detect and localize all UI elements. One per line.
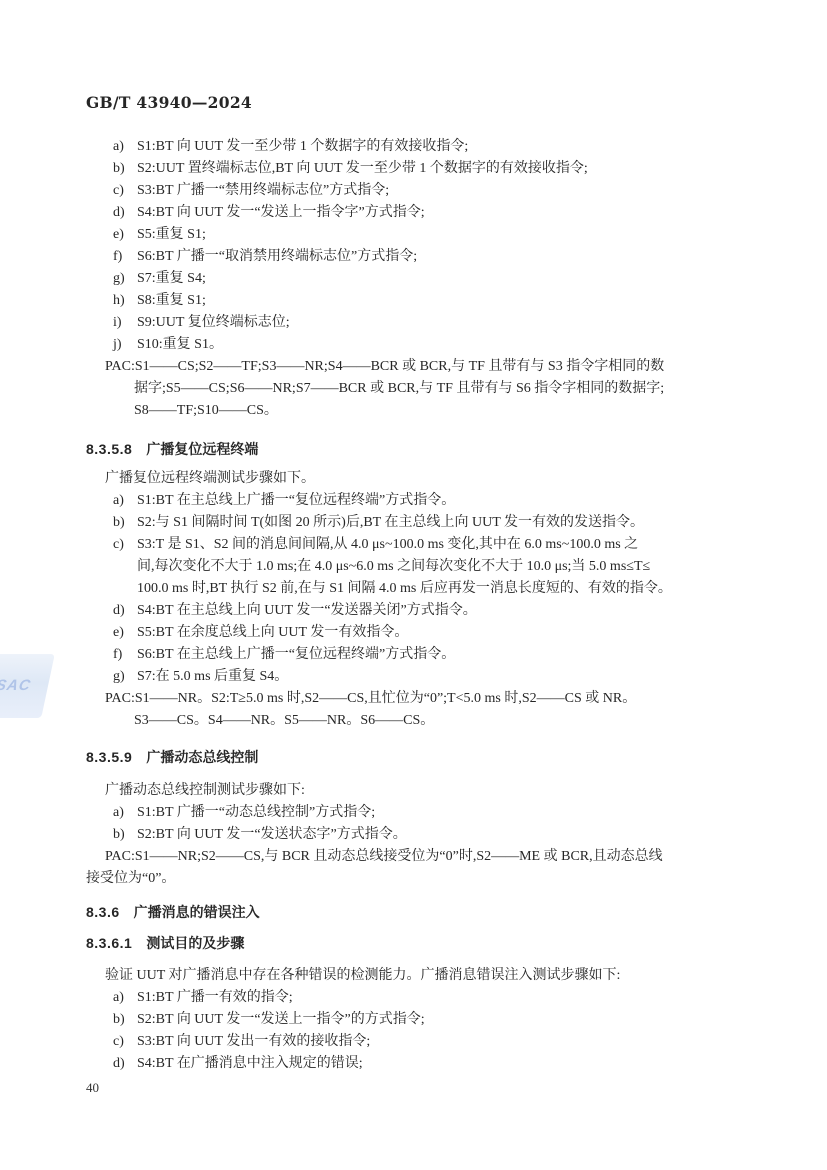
list-item: b) S2:与 S1 间隔时间 T(如图 20 所示)后,BT 在主总线上向 U… (86, 512, 756, 534)
section-intro: 验证 UUT 对广播消息中存在各种错误的检测能力。广播消息错误注入测试步骤如下: (105, 965, 756, 987)
list-item: b) S2:BT 向 UUT 发一“发送状态字”方式指令。 (86, 824, 756, 846)
list-item: d) S4:BT 在主总线上向 UUT 发一“发送器关闭”方式指令。 (86, 600, 756, 622)
pac-result-2: PAC:S1——NR。S2:T≥5.0 ms 时,S2——CS,且忙位为“0”;… (86, 688, 756, 732)
section-intro: 广播动态总线控制测试步骤如下: (105, 780, 756, 802)
item-text: 间,每次变化不大于 1.0 ms;在 4.0 μs~6.0 ms 之间每次变化不… (137, 556, 650, 578)
list-item: f) S6:BT 在主总线上广播一“复位远程终端”方式指令。 (86, 644, 756, 666)
item-text: S2:与 S1 间隔时间 T(如图 20 所示)后,BT 在主总线上向 UUT … (137, 512, 644, 534)
item-letter: i) (113, 312, 137, 334)
sac-logo-shape (0, 654, 55, 718)
item-letter: a) (113, 802, 137, 824)
list-item: b) S2:UUT 置终端标志位,BT 向 UUT 发一至少带 1 个数据字的有… (86, 158, 756, 180)
section-number: 8.3.5.9 (86, 749, 132, 765)
item-text: S1:BT 广播一有效的指令; (137, 987, 293, 1009)
item-text: S4:BT 在主总线上向 UUT 发一“发送器关闭”方式指令。 (137, 600, 477, 622)
item-letter: g) (113, 666, 137, 688)
item-text: S3:T 是 S1、S2 间的消息间间隔,从 4.0 μs~100.0 ms 变… (137, 534, 638, 556)
section-heading-8361: 8.3.6.1测试目的及步骤 (86, 932, 756, 954)
list-item: c) S3:BT 广播一“禁用终端标志位”方式指令; (86, 180, 756, 202)
item-letter: b) (113, 824, 137, 846)
item-text: 100.0 ms 时,BT 执行 S2 前,在与 S1 间隔 4.0 ms 后应… (137, 578, 672, 600)
standard-document-page: SAC GB/T 43940—2024 a) S1:BT 向 UUT 发一至少带… (0, 0, 827, 1170)
item-text: S7:在 5.0 ms 后重复 S4。 (137, 666, 288, 688)
sac-logo-text: SAC (0, 677, 33, 694)
list-item: f) S6:BT 广播一“取消禁用终端标志位”方式指令; (86, 246, 756, 268)
sac-watermark: SAC (0, 654, 55, 718)
item-letter: f) (113, 644, 137, 666)
list-item: i) S9:UUT 复位终端标志位; (86, 312, 756, 334)
item-letter: b) (113, 1009, 137, 1031)
step-list-error-injection: a) S1:BT 广播一有效的指令; b) S2:BT 向 UUT 发一“发送上… (86, 987, 756, 1075)
pac-line: 接受位为“0”。 (86, 868, 756, 890)
list-item: a) S1:BT 广播一有效的指令; (86, 987, 756, 1009)
item-letter: a) (113, 136, 137, 158)
list-item: g) S7:在 5.0 ms 后重复 S4。 (86, 666, 756, 688)
section-title: 广播动态总线控制 (146, 749, 258, 765)
item-text: S4:BT 向 UUT 发一“发送上一指令字”方式指令; (137, 202, 425, 224)
section-intro: 广播复位远程终端测试步骤如下。 (105, 468, 756, 490)
item-letter: d) (113, 1053, 137, 1075)
list-item: a) S1:BT 在主总线上广播一“复位远程终端”方式指令。 (86, 490, 756, 512)
section-number: 8.3.6.1 (86, 935, 132, 951)
list-item: d) S4:BT 在广播消息中注入规定的错误; (86, 1053, 756, 1075)
item-text: S3:BT 广播一“禁用终端标志位”方式指令; (137, 180, 389, 202)
list-item: a) S1:BT 广播一“动态总线控制”方式指令; (86, 802, 756, 824)
section-title: 广播消息的错误注入 (134, 904, 260, 920)
pac-line: PAC:S1——NR;S2——CS,与 BCR 且动态总线接受位为“0”时,S2… (105, 846, 756, 868)
pac-result-1: PAC:S1——CS;S2——TF;S3——NR;S4——BCR 或 BCR,与… (86, 356, 756, 422)
pac-line: PAC:S1——CS;S2——TF;S3——NR;S4——BCR 或 BCR,与… (105, 356, 756, 378)
item-text: S2:BT 向 UUT 发一“发送上一指令”的方式指令; (137, 1009, 425, 1031)
step-list-dynamic-bus-control: a) S1:BT 广播一“动态总线控制”方式指令; b) S2:BT 向 UUT… (86, 802, 756, 846)
item-text: S1:BT 在主总线上广播一“复位远程终端”方式指令。 (137, 490, 455, 512)
item-letter: h) (113, 290, 137, 312)
list-item: g) S7:重复 S4; (86, 268, 756, 290)
item-letter: c) (113, 180, 137, 202)
pac-line: S8——TF;S10——CS。 (134, 400, 756, 422)
item-letter: j) (113, 334, 137, 356)
item-text: S10:重复 S1。 (137, 334, 223, 356)
item-letter: a) (113, 987, 137, 1009)
item-text: S4:BT 在广播消息中注入规定的错误; (137, 1053, 363, 1075)
section-number: 8.3.6 (86, 904, 120, 920)
item-text: S6:BT 广播一“取消禁用终端标志位”方式指令; (137, 246, 417, 268)
list-item: h) S8:重复 S1; (86, 290, 756, 312)
item-text: S2:UUT 置终端标志位,BT 向 UUT 发一至少带 1 个数据字的有效接收… (137, 158, 588, 180)
list-item: e) S5:BT 在余度总线上向 UUT 发一有效指令。 (86, 622, 756, 644)
section-heading-8358: 8.3.5.8广播复位远程终端 (86, 438, 756, 460)
section-heading-8359: 8.3.5.9广播动态总线控制 (86, 746, 756, 768)
section-title: 广播复位远程终端 (146, 441, 258, 457)
list-item: c) S3:BT 向 UUT 发出一有效的接收指令; (86, 1031, 756, 1053)
doc-number: GB/T 43940—2024 (86, 92, 756, 114)
item-letter: e) (113, 224, 137, 246)
item-text: S3:BT 向 UUT 发出一有效的接收指令; (137, 1031, 370, 1053)
item-text: S2:BT 向 UUT 发一“发送状态字”方式指令。 (137, 824, 407, 846)
section-title: 测试目的及步骤 (146, 935, 244, 951)
item-letter: b) (113, 158, 137, 180)
item-text: S8:重复 S1; (137, 290, 206, 312)
item-letter: c) (113, 534, 137, 556)
list-item: a) S1:BT 向 UUT 发一至少带 1 个数据字的有效接收指令; (86, 136, 756, 158)
item-letter: d) (113, 600, 137, 622)
item-letter: d) (113, 202, 137, 224)
item-letter: b) (113, 512, 137, 534)
step-list-terminal-flag: a) S1:BT 向 UUT 发一至少带 1 个数据字的有效接收指令; b) S… (86, 136, 756, 356)
item-text: S9:UUT 复位终端标志位; (137, 312, 290, 334)
list-item-continuation: x 100.0 ms 时,BT 执行 S2 前,在与 S1 间隔 4.0 ms … (86, 578, 756, 600)
page-content: GB/T 43940—2024 a) S1:BT 向 UUT 发一至少带 1 个… (86, 0, 756, 1099)
pac-line: PAC:S1——NR。S2:T≥5.0 ms 时,S2——CS,且忙位为“0”;… (105, 688, 756, 710)
item-text: S1:BT 向 UUT 发一至少带 1 个数据字的有效接收指令; (137, 136, 468, 158)
step-list-broadcast-reset: a) S1:BT 在主总线上广播一“复位远程终端”方式指令。 b) S2:与 S… (86, 490, 756, 688)
list-item: d) S4:BT 向 UUT 发一“发送上一指令字”方式指令; (86, 202, 756, 224)
item-text: S7:重复 S4; (137, 268, 206, 290)
section-number: 8.3.5.8 (86, 441, 132, 457)
item-letter: c) (113, 1031, 137, 1053)
item-text: S5:BT 在余度总线上向 UUT 发一有效指令。 (137, 622, 408, 644)
item-text: S6:BT 在主总线上广播一“复位远程终端”方式指令。 (137, 644, 455, 666)
list-item-continuation: x 间,每次变化不大于 1.0 ms;在 4.0 μs~6.0 ms 之间每次变… (86, 556, 756, 578)
pac-line: 据字;S5——CS;S6——NR;S7——BCR 或 BCR,与 TF 且带有与… (134, 378, 756, 400)
item-text: S1:BT 广播一“动态总线控制”方式指令; (137, 802, 375, 824)
list-item: e) S5:重复 S1; (86, 224, 756, 246)
item-letter: a) (113, 490, 137, 512)
item-letter: g) (113, 268, 137, 290)
item-letter: e) (113, 622, 137, 644)
section-heading-836: 8.3.6广播消息的错误注入 (86, 901, 756, 923)
list-item: j) S10:重复 S1。 (86, 334, 756, 356)
pac-line: S3——CS。S4——NR。S5——NR。S6——CS。 (134, 710, 756, 732)
item-letter: f) (113, 246, 137, 268)
list-item: c) S3:T 是 S1、S2 间的消息间间隔,从 4.0 μs~100.0 m… (86, 534, 756, 556)
item-text: S5:重复 S1; (137, 224, 206, 246)
pac-result-3: PAC:S1——NR;S2——CS,与 BCR 且动态总线接受位为“0”时,S2… (86, 846, 756, 890)
list-item: b) S2:BT 向 UUT 发一“发送上一指令”的方式指令; (86, 1009, 756, 1031)
page-number: 40 (86, 1077, 756, 1099)
